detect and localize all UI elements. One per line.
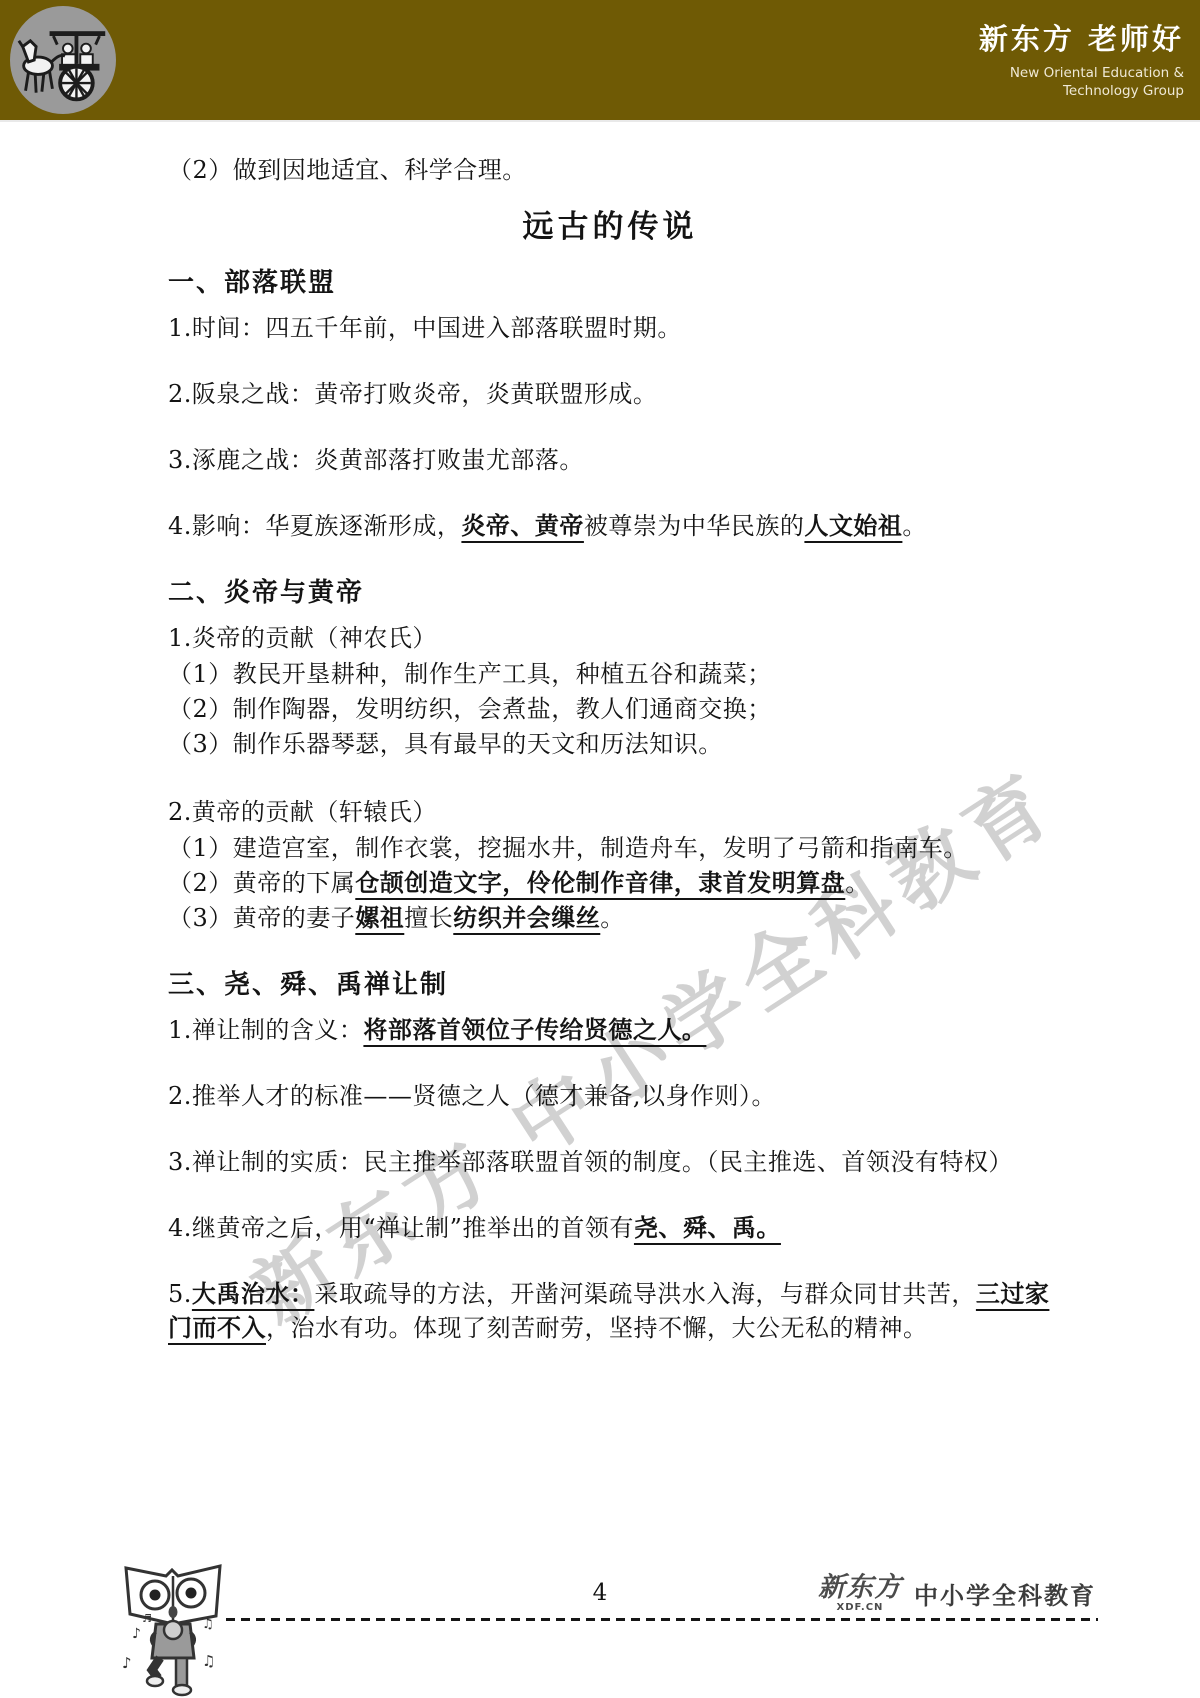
text-run: 1.时间：四五千年前，中国进入部落联盟时期。 <box>168 314 682 342</box>
text-run: 4.继黄帝之后，用“禅让制”推举出的首领有 <box>168 1214 634 1242</box>
xdf-logo-url: XDF.CN <box>837 1603 884 1613</box>
paragraph: 1.炎帝的贡献（神农氏） <box>168 621 1052 655</box>
paragraph: 2.黄帝的贡献（轩辕氏） <box>168 795 1052 829</box>
owl-book-mascot-icon: ♪ ♫ ♪ ♫ ♬ <box>98 1554 250 1698</box>
text-run: 远古的传说 <box>523 209 698 245</box>
horse-chariot-icon <box>10 6 116 114</box>
text-run: （3）黄帝的妻子 <box>168 904 355 932</box>
text-run: 5. <box>168 1280 192 1308</box>
emphasis-underlined-text: 尧、舜、禹。 <box>634 1214 781 1242</box>
emphasis-underlined-text: 纺织并会缫丝 <box>453 904 600 932</box>
document-title: 远古的传说 <box>168 209 1052 245</box>
paragraph: 3.涿鹿之战：炎黄部落打败蚩尤部落。 <box>168 443 1052 477</box>
header-brand: 新东方 老师好 New Oriental Education & Technol… <box>979 22 1184 100</box>
text-run: 三、尧、舜、禹禅让制 <box>168 970 448 1000</box>
text-run: 2.阪泉之战：黄帝打败炎帝，炎黄联盟形成。 <box>168 380 657 408</box>
brand-subtitle: New Oriental Education & Technology Grou… <box>979 64 1184 100</box>
emphasis-underlined-text: 仓颉创造文字，伶伦制作音律，隶首发明算盘 <box>355 869 845 897</box>
footer-brand-text: 中小学全科教育 <box>914 1576 1096 1611</box>
document-body: （2）做到因地适宜、科学合理。远古的传说一、部落联盟1.时间：四五千年前，中国进… <box>168 130 1052 1345</box>
text-run: 。 <box>845 869 870 897</box>
intro-paragraph: （2）做到因地适宜、科学合理。 <box>168 153 1052 187</box>
paragraph: （2）制作陶器，发明纺织，会煮盐，教人们通商交换； <box>168 692 1052 726</box>
footer-brand: 新东方 XDF.CN 中小学全科教育 <box>818 1574 1096 1613</box>
paragraph: 2.推举人才的标准——贤德之人（德才兼备,以身作则）。 <box>168 1079 1052 1113</box>
text-run: 二、炎帝与黄帝 <box>168 578 364 608</box>
emphasis-underlined-text: 将部落首领位子传给贤德之人。 <box>363 1016 706 1044</box>
svg-text:♬: ♬ <box>142 1612 152 1625</box>
text-run: （2）制作陶器，发明纺织，会煮盐，教人们通商交换； <box>168 695 772 723</box>
footer-divider <box>226 1618 1098 1621</box>
text-run: （3）制作乐器琴瑟，具有最早的天文和历法知识。 <box>168 730 723 758</box>
text-run: 2.黄帝的贡献（轩辕氏） <box>168 798 437 826</box>
text-run: 被尊崇为中华民族的 <box>584 512 805 540</box>
section-heading: 二、炎帝与黄帝 <box>168 577 1052 609</box>
paragraph: （2）黄帝的下属仓颉创造文字，伶伦制作音律，隶首发明算盘。 <box>168 866 1052 900</box>
text-run: 2.推举人才的标准——贤德之人（德才兼备,以身作则）。 <box>168 1082 776 1110</box>
emphasis-underlined-text: 炎帝、黄帝 <box>461 512 584 540</box>
emphasis-underlined-text: 大禹治水： <box>192 1280 315 1308</box>
header-band: 新东方 老师好 New Oriental Education & Technol… <box>0 0 1200 122</box>
svg-text:♫: ♫ <box>202 1617 214 1632</box>
xdf-logo: 新东方 XDF.CN <box>818 1574 902 1613</box>
paragraph: （1）建造宫室，制作衣裳，挖掘水井，制造舟车，发明了弓箭和指南车。 <box>168 831 1052 865</box>
paragraph: （3）黄帝的妻子嫘祖擅长纺织并会缫丝。 <box>168 901 1052 935</box>
text-run: （1）教民开垦耕种，制作生产工具，种植五谷和蔬菜； <box>168 660 772 688</box>
xdf-logo-text: 新东方 <box>818 1574 902 1601</box>
chariot-graphic <box>15 11 111 109</box>
paragraph: 1.禅让制的含义：将部落首领位子传给贤德之人。 <box>168 1013 1052 1047</box>
svg-text:♪: ♪ <box>132 1626 141 1642</box>
paragraph: 1.时间：四五千年前，中国进入部落联盟时期。 <box>168 311 1052 345</box>
text-run: （2）做到因地适宜、科学合理。 <box>168 156 527 184</box>
svg-text:♫: ♫ <box>202 1652 215 1670</box>
text-run: 1.炎帝的贡献（神农氏） <box>168 624 437 652</box>
text-run: 擅长 <box>404 904 453 932</box>
text-run: 采取疏导的方法，开凿河渠疏导洪水入海，与群众同甘共苦， <box>314 1280 976 1308</box>
section-heading: 三、尧、舜、禹禅让制 <box>168 969 1052 1001</box>
text-run: 。 <box>600 904 625 932</box>
emphasis-underlined-text: 人文始祖 <box>804 512 902 540</box>
paragraph: （3）制作乐器琴瑟，具有最早的天文和历法知识。 <box>168 727 1052 761</box>
brand-subtitle-line2: Technology Group <box>979 82 1184 100</box>
text-run: 一、部落联盟 <box>168 268 336 298</box>
paragraph: 4.继黄帝之后，用“禅让制”推举出的首领有尧、舜、禹。 <box>168 1211 1052 1245</box>
text-run: （2）黄帝的下属 <box>168 869 355 897</box>
text-run: 3.禅让制的实质：民主推举部落联盟首领的制度。（民主推选、首领没有特权） <box>168 1148 1013 1176</box>
text-run: ，治水有功。体现了刻苦耐劳，坚持不懈，大公无私的精神。 <box>266 1314 928 1342</box>
paragraph: 5.大禹治水：采取疏导的方法，开凿河渠疏导洪水入海，与群众同甘共苦，三过家门而不… <box>168 1277 1052 1345</box>
svg-text:♪: ♪ <box>122 1654 132 1672</box>
text-run: （1）建造宫室，制作衣裳，挖掘水井，制造舟车，发明了弓箭和指南车。 <box>168 834 968 862</box>
paragraph: （1）教民开垦耕种，制作生产工具，种植五谷和蔬菜； <box>168 657 1052 691</box>
document-page: 新东方 老师好 New Oriental Education & Technol… <box>0 0 1200 1698</box>
brand-title: 新东方 老师好 <box>979 22 1184 56</box>
brand-subtitle-line1: New Oriental Education & <box>979 64 1184 82</box>
text-run: 。 <box>902 512 927 540</box>
paragraph: 4.影响：华夏族逐渐形成，炎帝、黄帝被尊崇为中华民族的人文始祖。 <box>168 509 1052 543</box>
text-run: 4.影响：华夏族逐渐形成， <box>168 512 461 540</box>
paragraph: 3.禅让制的实质：民主推举部落联盟首领的制度。（民主推选、首领没有特权） <box>168 1145 1052 1179</box>
section-heading: 一、部落联盟 <box>168 267 1052 299</box>
text-run: 3.涿鹿之战：炎黄部落打败蚩尤部落。 <box>168 446 584 474</box>
text-run: 1.禅让制的含义： <box>168 1016 363 1044</box>
paragraph: 2.阪泉之战：黄帝打败炎帝，炎黄联盟形成。 <box>168 377 1052 411</box>
emphasis-underlined-text: 嫘祖 <box>355 904 404 932</box>
